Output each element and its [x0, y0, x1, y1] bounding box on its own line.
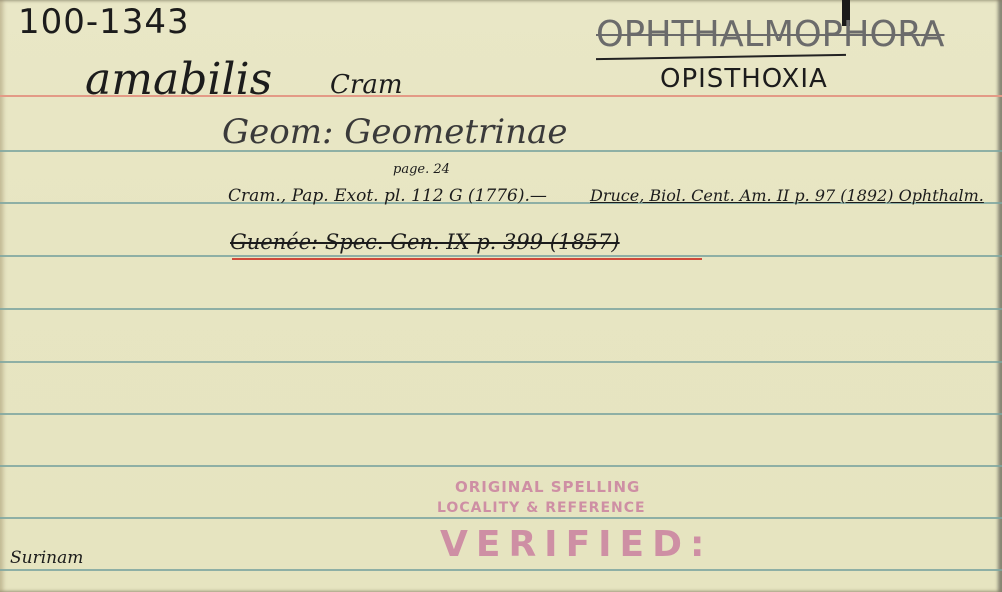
rule-line: [0, 517, 1002, 519]
reference-red-underline: [232, 258, 702, 260]
verification-stamp-line2: LOCALITY & REFERENCE: [437, 500, 646, 516]
genus-old-struck: OPHTHALMOPHORA: [596, 14, 944, 55]
rule-line: [0, 413, 1002, 415]
rule-line: [0, 465, 1002, 467]
rule-line: [0, 361, 1002, 363]
verification-stamp-line1: ORIGINAL SPELLING: [455, 478, 640, 496]
species-author: Cram: [330, 70, 402, 100]
genus-new: OPISTHOXIA: [660, 64, 828, 94]
locality: Surinam: [10, 548, 83, 568]
reference-druce: Druce, Biol. Cent. Am. II p. 97 (1892) O…: [590, 186, 984, 205]
rule-line: [0, 255, 1002, 257]
page-annotation: page. 24: [393, 162, 450, 177]
species-name: amabilis: [85, 54, 272, 105]
rule-line: [0, 308, 1002, 310]
index-card: 100-1343 amabilis Cram OPHTHALMOPHORA OP…: [0, 0, 1002, 592]
family-name: Geom: Geometrinae: [222, 112, 567, 152]
reference-cramer: Cram., Pap. Exot. pl. 112 G (1776).—: [228, 186, 547, 206]
reference-guenee-struck: Guenée: Spec. Gen. IX p. 399 (1857): [230, 230, 620, 254]
rule-line: [0, 569, 1002, 571]
catalog-number: 100-1343: [18, 2, 190, 42]
verification-stamp-verified: VERIFIED:: [440, 524, 712, 565]
